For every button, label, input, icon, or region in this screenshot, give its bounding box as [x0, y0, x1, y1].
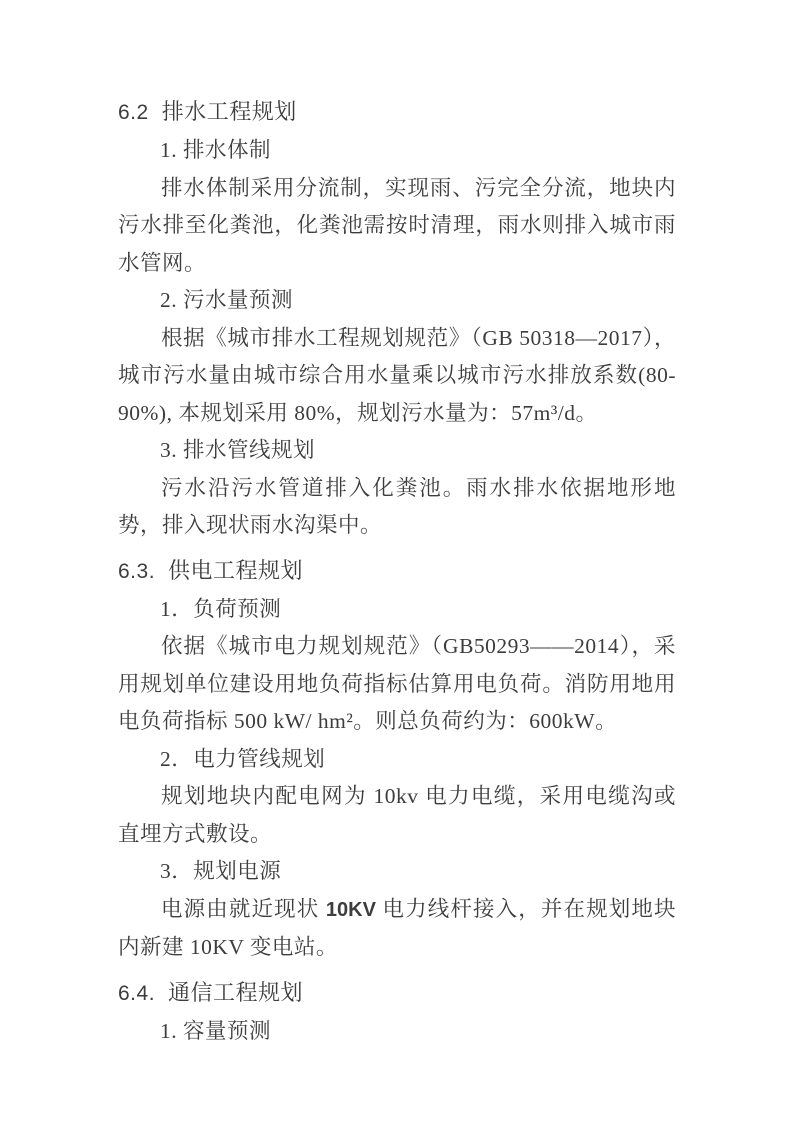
paragraph-load-forecast: 依据《城市电力规划规范》（GB50293——2014），采用规划单位建设用地负荷… [118, 628, 676, 741]
section-number: 6.2 [118, 101, 149, 124]
subheading-power-pipeline: 2．电力管线规划 [118, 741, 676, 779]
paragraph-drainage-pipeline: 污水沿污水管道排入化粪池。雨水排水依据地形地势，排入现状雨水沟渠中。 [118, 470, 676, 545]
subheading-load-forecast: 1．负荷预测 [118, 591, 676, 629]
subheading-power-source: 3．规划电源 [118, 853, 676, 891]
section-heading-6-3: 6.3.供电工程规划 [118, 552, 676, 590]
subheading-capacity-forecast: 1. 容量预测 [118, 1013, 676, 1051]
section-title: 通信工程规划 [168, 980, 303, 1005]
paragraph-power-source: 电源由就近现状 10KV 电力线杆接入，并在规划地块内新建 10KV 变电站。 [118, 891, 676, 967]
subheading-sewage-forecast: 2. 污水量预测 [118, 282, 676, 320]
section-number: 6.4. [118, 982, 155, 1005]
document-page: 6.2排水工程规划 1. 排水体制 排水体制采用分流制，实现雨、污完全分流，地块… [0, 0, 793, 1122]
section-heading-6-2: 6.2排水工程规划 [118, 93, 676, 131]
section-title: 排水工程规划 [162, 99, 297, 124]
subheading-drainage-system: 1. 排水体制 [118, 132, 676, 170]
subheading-drainage-pipeline: 3. 排水管线规划 [118, 432, 676, 470]
section-title: 供电工程规划 [168, 558, 303, 583]
paragraph-power-source-pre: 电源由就近现状 [161, 897, 326, 921]
paragraph-power-pipeline: 规划地块内配电网为 10kv 电力电缆，采用电缆沟或直埋方式敷设。 [118, 778, 676, 853]
section-number: 6.3. [118, 560, 155, 583]
paragraph-sewage-forecast: 根据《城市排水工程规划规范》（GB 50318—2017），城市污水量由城市综合… [118, 320, 676, 433]
section-heading-6-4: 6.4.通信工程规划 [118, 974, 676, 1012]
paragraph-drainage-system: 排水体制采用分流制，实现雨、污完全分流，地块内污水排至化粪池，化粪池需按时清理，… [118, 170, 676, 283]
paragraph-power-source-kv: 10KV [326, 899, 376, 921]
